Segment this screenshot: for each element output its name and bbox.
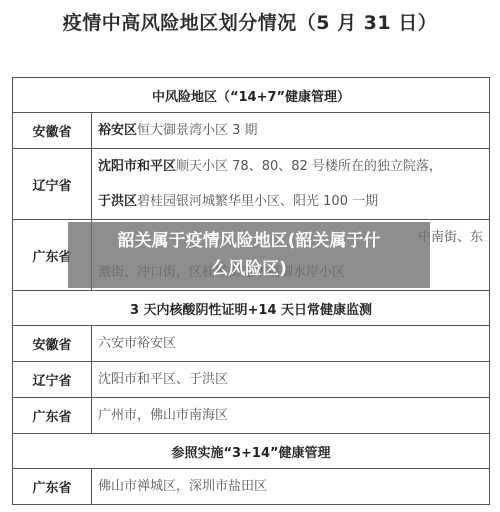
table-row: 安徽省 裕安区恒大御景湾小区 3 期 — [13, 113, 490, 149]
province-cell: 辽宁省 — [13, 362, 92, 398]
table-row: 广东省 佛山市禅城区，深圳市盐田区 — [13, 469, 490, 505]
risk-area-table: 中风险地区（“14+7”健康管理） 安徽省 裕安区恒大御景湾小区 3 期 辽宁省… — [12, 77, 490, 505]
section-heading-monitoring: 3 天内核酸阴性证明+14 天日常健康监测 — [13, 291, 490, 326]
detail-cell: 六安市裕安区 — [92, 326, 490, 362]
district-detail: 恒大御景湾小区 3 期 — [137, 123, 258, 138]
section-heading-medium-risk: 中风险地区（“14+7”健康管理） — [13, 78, 490, 113]
province-cell: 辽宁省 — [13, 149, 92, 220]
province-cell: 安徽省 — [13, 113, 92, 149]
detail-cell: 裕安区恒大御景湾小区 3 期 — [92, 113, 490, 149]
table-row: 广东省 广州市，佛山市南海区 — [13, 398, 490, 434]
section-heading-3-14: 参照实施“3+14”健康管理 — [13, 434, 490, 469]
section-header-row: 参照实施“3+14”健康管理 — [13, 434, 490, 469]
province-cell: 安徽省 — [13, 326, 92, 362]
table-row: 辽宁省 沈阳市和平区、于洪区 — [13, 362, 490, 398]
detail-cell: 广州市，佛山市南海区 — [92, 398, 490, 434]
detail-cell: 沈阳市和平区顺天小区 78、80、82 号楼所在的独立院落， 于洪区碧桂园银河城… — [92, 149, 490, 220]
district-name: 裕安区 — [98, 123, 137, 138]
caption-overlay: 韶关属于疫情风险地区(韶关属于什 么风险区) — [68, 222, 430, 288]
province-cell: 广东省 — [13, 469, 92, 505]
table-row: 安徽省 六安市裕安区 — [13, 326, 490, 362]
district-detail: 顺天小区 78、80、82 号楼所在的独立院落， — [176, 159, 442, 174]
detail-cell: 佛山市禅城区，深圳市盐田区 — [92, 469, 490, 505]
section-header-row: 3 天内核酸阴性证明+14 天日常健康监测 — [13, 291, 490, 326]
district-name: 于洪区 — [98, 194, 137, 209]
table-row: 辽宁省 沈阳市和平区顺天小区 78、80、82 号楼所在的独立院落， 于洪区碧桂… — [13, 149, 490, 220]
detail-cell: 沈阳市和平区、于洪区 — [92, 362, 490, 398]
section-header-row: 中风险地区（“14+7”健康管理） — [13, 78, 490, 113]
district-name: 沈阳市和平区 — [98, 159, 176, 174]
page-title: 疫情中高风险地区划分情况（5 月 31 日） — [0, 8, 500, 35]
caption-line-1: 韶关属于疫情风险地区(韶关属于什 — [68, 227, 430, 255]
province-cell: 广东省 — [13, 398, 92, 434]
caption-line-2: 么风险区) — [68, 255, 430, 283]
district-detail: 碧桂园银河城繁华里小区、阳光 100 一期 — [137, 194, 378, 209]
